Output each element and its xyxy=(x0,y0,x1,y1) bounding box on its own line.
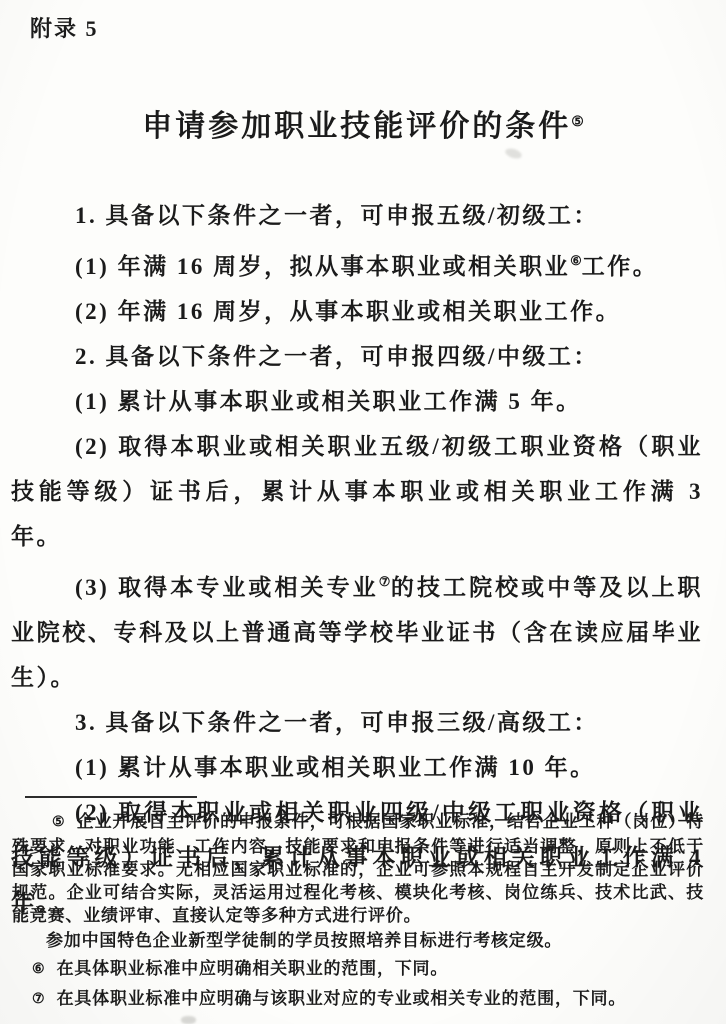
body-paragraph: (1) 年满 16 周岁，拟从事本职业或相关职业⑥工作。 xyxy=(11,238,703,289)
page-title: 申请参加职业技能评价的条件⑤ xyxy=(0,101,726,145)
body-paragraph: (1) 累计从事本职业或相关职业工作满 5 年。 xyxy=(11,379,703,424)
scan-smudge xyxy=(504,147,523,161)
page-title-text: 申请参加职业技能评价的条件 xyxy=(142,110,571,143)
footnotes: ⑤企业开展自主评价的申报条件，可根据国家职业标准，结合企业工种（岗位）特殊要求，… xyxy=(12,810,704,1012)
footnote-item: ⑥在具体职业标准中应明确相关职业的范围，下同。 xyxy=(12,957,704,982)
body-paragraph: (2) 年满 16 周岁，从事本职业或相关职业工作。 xyxy=(11,289,703,334)
footnote-divider xyxy=(25,796,197,798)
body-paragraph: 1. 具备以下条件之一者，可申报五级/初级工： xyxy=(11,193,703,238)
footnote-ref-marker: ⑦ xyxy=(379,574,391,589)
body-paragraph: 2. 具备以下条件之一者，可申报四级/中级工： xyxy=(11,334,703,379)
footnote-marker: ⑥ xyxy=(22,958,45,981)
scan-smudge xyxy=(181,1016,196,1024)
appendix-label: 附录 5 xyxy=(30,12,99,43)
footnote-marker: ⑦ xyxy=(22,988,45,1011)
body-paragraph: 3. 具备以下条件之一者，可申报三级/高级工： xyxy=(11,700,703,745)
title-footnote-ref-marker: ⑤ xyxy=(571,115,584,130)
footnote-item: ⑦在具体职业标准中应明确与该职业对应的专业或相关专业的范围，下同。 xyxy=(12,987,704,1012)
footnote-marker: ⑤ xyxy=(32,811,65,834)
body-paragraph: (2) 取得本职业或相关职业五级/初级工职业资格（职业技能等级）证书后，累计从事… xyxy=(11,424,703,559)
footnote-ref-marker: ⑥ xyxy=(570,253,582,268)
footnote-continuation: 参加中国特色企业新型学徒制的学员按照培养目标进行考核定级。 xyxy=(12,929,704,952)
body-paragraph: (3) 取得本专业或相关专业⑦的技工院校或中等及以上职业院校、专科及以上普通高等… xyxy=(11,559,703,700)
footnote-item: ⑤企业开展自主评价的申报条件，可根据国家职业标准，结合企业工种（岗位）特殊要求，… xyxy=(12,810,704,927)
document-page: 附录 5 申请参加职业技能评价的条件⑤ 1. 具备以下条件之一者，可申报五级/初… xyxy=(0,0,726,1024)
body-paragraph: (1) 累计从事本职业或相关职业工作满 10 年。 xyxy=(11,745,703,790)
